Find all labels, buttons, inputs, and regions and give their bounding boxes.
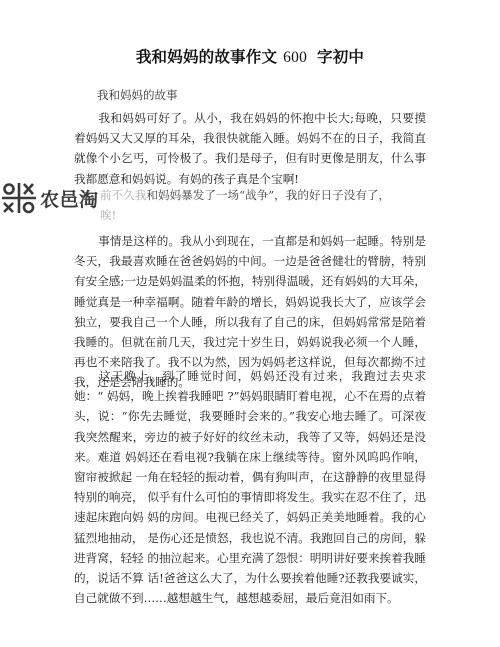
paragraph-1: 我和妈妈可好了。从小，我在妈妈的怀抱中长大;每晚，只要摸着妈妈又大又厚的耳朵，我…: [74, 108, 426, 189]
title-part2: 字初中: [317, 48, 364, 66]
paragraph-war-end: 唉!: [100, 208, 116, 222]
paragraph-war: 前不久我和妈妈暴发了一场“战争”，我的好日子没有了，唉!: [100, 185, 430, 225]
watermark-text: 农邑淘: [40, 185, 99, 212]
title-number: 600: [283, 49, 307, 66]
watermark: 农邑淘: [0, 181, 99, 215]
paragraph-war-text: 和妈妈暴发了一场“战争”，我的好日子没有了，: [146, 188, 390, 202]
nongyitao-logo-icon: [0, 181, 38, 215]
paragraph-4-text: 这天晚上，到了睡觉时间，妈妈还没有过来，我跑过去央求她：“ 妈妈，晚上挨着我睡吧…: [74, 369, 426, 605]
paragraph-1-text: 我和妈妈可好了。从小，我在妈妈的怀抱中长大;每晚，只要摸着妈妈又大又厚的耳朵，我…: [74, 111, 426, 186]
document-subtitle: 我和妈妈的故事: [97, 87, 178, 103]
document-title: 我和妈妈的故事作文600字初中: [0, 45, 500, 67]
title-part1: 我和妈妈的故事作文: [136, 48, 277, 66]
paragraph-war-faint-text: 前不久我: [100, 188, 146, 202]
paragraph-4: 这天晚上，到了睡觉时间，妈妈还没有过来，我跑过去央求她：“ 妈妈，晚上挨着我睡吧…: [74, 366, 426, 608]
